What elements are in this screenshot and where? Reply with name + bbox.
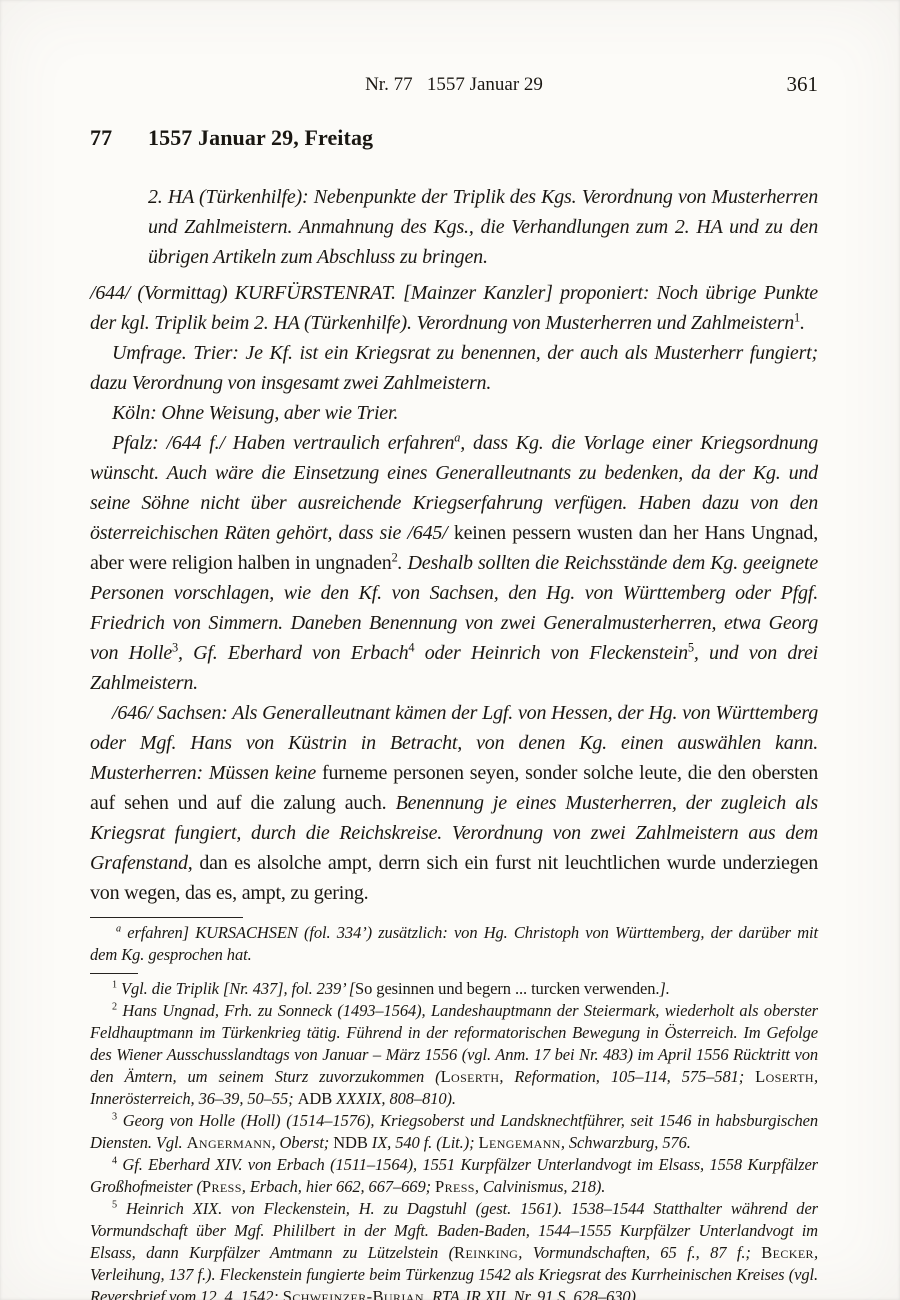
body-paragraph: Köln: Ohne Weisung, aber wie Trier. <box>90 398 818 428</box>
footnotes-block: 1 Vgl. die Triplik [Nr. 437], fol. 239’ … <box>90 978 818 1300</box>
body-paragraph: Umfrage. Trier: Je Kf. ist ein Kriegsrat… <box>90 338 818 398</box>
text-run: ]. <box>659 979 669 998</box>
page-number: 361 <box>787 72 819 97</box>
text-run: Loserth <box>441 1067 500 1086</box>
footnote: 4 Gf. Eberhard XIV. von Erbach (1511–156… <box>90 1154 818 1198</box>
book-page: Nr. 77 1557 Januar 29 361 771557 Januar … <box>0 0 900 1300</box>
text-run: Vgl. die Triplik [Nr. 437], fol. 239’ [ <box>117 979 355 998</box>
text-run: , Erbach, hier 662, 667–669; <box>242 1177 435 1196</box>
text-run: Lengemann <box>479 1133 561 1152</box>
text-run: Press <box>202 1177 242 1196</box>
text-run: Umfrage. Trier: Je Kf. ist ein Kriegsrat… <box>90 342 818 394</box>
summary-block: 2. HA (Türkenhilfe): Nebenpunkte der Tri… <box>148 182 818 272</box>
text-run: /644/ (Vormittag) KURFÜRSTENRAT. [Mainze… <box>90 282 818 334</box>
text-run: , RTA JR XII, Nr. 91 S. 628–630). <box>424 1287 640 1300</box>
text-run: , Schwarzburg, 576. <box>561 1133 691 1152</box>
text-run: , Oberst; <box>271 1133 333 1152</box>
text-run: ADB <box>298 1089 337 1108</box>
text-run: Loserth <box>755 1067 814 1086</box>
footnote: 5 Heinrich XIX. von Fleckenstein, H. zu … <box>90 1198 818 1300</box>
text-run: , Calvinismus, 218). <box>475 1177 605 1196</box>
running-header: Nr. 77 1557 Januar 29 361 <box>90 74 818 100</box>
apparatus-note-a: a erfahren] KURSACHSEN (fol. 334’) zusät… <box>90 922 818 966</box>
document-heading: 771557 Januar 29, Freitag <box>90 125 818 151</box>
text-run: Press <box>435 1177 475 1196</box>
text-run: erfahren] KURSACHSEN (fol. 334’) zusätzl… <box>90 923 818 964</box>
text-run: IX, 540 f. (Lit.); <box>372 1133 479 1152</box>
running-header-title: Nr. 77 1557 Januar 29 <box>365 74 543 96</box>
text-run: . <box>800 312 805 334</box>
text-block: Nr. 77 1557 Januar 29 361 771557 Januar … <box>90 0 818 1300</box>
text-run: Becker <box>761 1243 814 1262</box>
text-run: XXXIX, 808–810). <box>336 1089 456 1108</box>
footnote: 2 Hans Ungnad, Frh. zu Sonneck (1493–156… <box>90 1000 818 1110</box>
body-paragraph: /644/ (Vormittag) KURFÜRSTENRAT. [Mainze… <box>90 278 818 338</box>
text-run: So gesinnen und begern ... turcken verwe… <box>355 979 659 998</box>
footnote: 1 Vgl. die Triplik [Nr. 437], fol. 239’ … <box>90 978 818 1000</box>
text-run: Köln: Ohne Weisung, aber wie Trier. <box>112 402 398 424</box>
text-run: Schweinzer-Burian <box>283 1287 424 1300</box>
footnote: 3 Georg von Holle (Holl) (1514–1576), Kr… <box>90 1110 818 1154</box>
body-paragraph: /646/ Sachsen: Als Generalleutnant kämen… <box>90 698 818 908</box>
text-run: Pfalz: /644 f./ Haben vertraulich erfahr… <box>112 432 454 454</box>
document-number: 77 <box>90 125 148 151</box>
text-run: , Reformation, 105–114, 575–581; <box>499 1067 755 1086</box>
body-text: /644/ (Vormittag) KURFÜRSTENRAT. [Mainze… <box>90 278 818 908</box>
apparatus-separator-rule <box>90 917 243 918</box>
text-run: oder Heinrich von Fleckenstein <box>414 642 688 664</box>
document-title: 1557 Januar 29, Freitag <box>148 125 373 150</box>
text-run: , Gf. Eberhard von Erbach <box>178 642 408 664</box>
body-paragraph: Pfalz: /644 f./ Haben vertraulich erfahr… <box>90 428 818 698</box>
text-run: Angermann <box>187 1133 272 1152</box>
footnotes-separator-rule <box>90 973 138 974</box>
text-run: Reinking <box>454 1243 518 1262</box>
text-run: , Vormundschaften, 65 f., 87 f.; <box>518 1243 761 1262</box>
text-run: 2. HA (Türkenhilfe): Nebenpunkte der Tri… <box>148 186 818 268</box>
text-run: NDB <box>333 1133 372 1152</box>
text-run: dan es alsolche ampt, derrn sich ein fur… <box>90 852 818 904</box>
